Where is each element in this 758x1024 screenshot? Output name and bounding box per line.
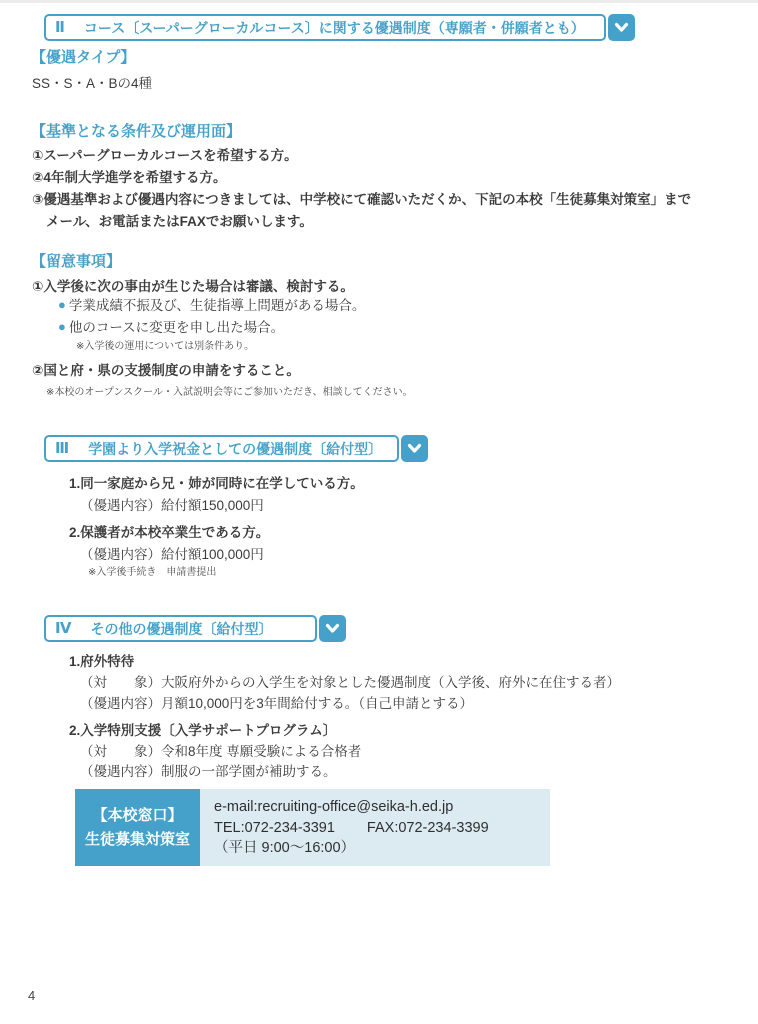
notes-heading: 【留意事項】 (31, 250, 121, 271)
gift-item-1: 1.同一家庭から兄・姉が同時に在学している方。 (69, 472, 364, 492)
bullet-item: ● 学業成績不振及び、生徒指導上問題がある場合。 (58, 293, 365, 315)
note-1-sub: ※入学後の運用については別条件あり。 (76, 337, 254, 352)
contact-email[interactable]: e-mail:recruiting-office@seika-h.ed.jp (214, 797, 550, 818)
contact-phone-row: TEL:072-234-3391FAX:072-234-3399 (214, 818, 550, 839)
gift-item-1-detail: （優遇内容）給付額150,000円 (80, 494, 264, 514)
chevron-down-icon (407, 443, 422, 454)
gift-item-2-note: ※入学後手続き 申請書提出 (88, 563, 216, 578)
section-ii-header[interactable]: Ⅱ コース〔スーパーグローカルコース〕に関する優遇制度（専願者・併願者とも） (44, 14, 635, 41)
bullet-text: 他のコースに変更を申し出た場合。 (69, 316, 284, 336)
section-iii-expand-button[interactable] (401, 435, 428, 462)
bullet-icon: ● (58, 319, 66, 334)
gift-item-2: 2.保護者が本校卒業生である方。 (69, 521, 269, 541)
bullet-icon: ● (58, 297, 66, 312)
bullet-item: ● 他のコースに変更を申し出た場合。 (58, 315, 365, 337)
contact-details: e-mail:recruiting-office@seika-h.ed.jp T… (200, 789, 550, 866)
contact-fax: FAX:072-234-3399 (367, 820, 489, 836)
document-page: Ⅱ コース〔スーパーグローカルコース〕に関する優遇制度（専願者・併願者とも） 【… (0, 0, 758, 1024)
other-item-1-detail: （優遇内容）月額10,000円を3年間給付する。（自己申請とする） (80, 692, 473, 712)
note-2: ②国と府・県の支援制度の申請をすること。 (32, 359, 300, 379)
criteria-item-2: ②4年制大学進学を希望する方。 (32, 166, 226, 186)
bullet-text: 学業成績不振及び、生徒指導上問題がある場合。 (69, 294, 365, 314)
contact-label: 【本校窓口】 生徒募集対策室 (75, 789, 200, 866)
section-iv-title-box: Ⅳ その他の優遇制度〔給付型〕 (44, 615, 317, 642)
note-2-sub: ※本校のオープンスクール・入試説明会等にご参加いただき、相談してください。 (46, 383, 413, 398)
section-iii-title-box: Ⅲ 学園より入学祝金としての優遇制度〔給付型〕 (44, 435, 399, 462)
criteria-item-3-cont: メール、お電話またはFAXでお願いします。 (46, 210, 313, 230)
section-iv-expand-button[interactable] (319, 615, 346, 642)
benefit-type-heading: 【優遇タイプ】 (31, 46, 135, 67)
other-item-2-target: （対 象）令和8年度 専願受験による合格者 (80, 740, 361, 760)
note-1: ①入学後に次の事由が生じた場合は審議、検討する。 (32, 275, 354, 295)
section-iv-numeral: Ⅳ (55, 621, 80, 636)
other-item-2: 2.入学特別支援〔入学サポートプログラム〕 (69, 719, 336, 739)
criteria-heading: 【基準となる条件及び運用面】 (31, 120, 241, 141)
section-ii-expand-button[interactable] (608, 14, 635, 41)
section-iii-header[interactable]: Ⅲ 学園より入学祝金としての優遇制度〔給付型〕 (44, 435, 428, 462)
note-1-bullets: ● 学業成績不振及び、生徒指導上問題がある場合。 ● 他のコースに変更を申し出た… (58, 293, 365, 337)
criteria-item-1: ①スーパーグローカルコースを希望する方。 (32, 144, 298, 164)
contact-tel: TEL:072-234-3391 (214, 820, 335, 836)
section-iv-header[interactable]: Ⅳ その他の優遇制度〔給付型〕 (44, 615, 346, 642)
contact-label-line2: 生徒募集対策室 (85, 828, 190, 851)
page-number: 4 (28, 988, 35, 1003)
section-iii-numeral: Ⅲ (55, 441, 78, 456)
other-item-1-target: （対 象）大阪府外からの入学生を対象とした優遇制度（入学後、府外に在住する者） (80, 671, 620, 691)
chevron-down-icon (325, 623, 340, 634)
gift-item-2-detail: （優遇内容）給付額100,000円 (80, 543, 264, 563)
criteria-item-3: ③優遇基準および優遇内容につきましては、中学校にて確認いただくか、下記の本校「生… (32, 188, 691, 208)
section-ii-title: コース〔スーパーグローカルコース〕に関する優遇制度（専願者・併願者とも） (84, 18, 585, 38)
contact-hours: （平日 9:00～16:00） (214, 838, 550, 859)
contact-label-line1: 【本校窓口】 (92, 804, 182, 827)
section-iv-title: その他の優遇制度〔給付型〕 (90, 619, 272, 639)
page-top-edge (0, 0, 758, 3)
other-item-1: 1.府外特待 (69, 650, 134, 670)
section-ii-numeral: Ⅱ (55, 20, 74, 35)
other-item-2-detail: （優遇内容）制服の一部学園が補助する。 (80, 760, 337, 780)
section-iii-title: 学園より入学祝金としての優遇制度〔給付型〕 (88, 439, 382, 459)
contact-box: 【本校窓口】 生徒募集対策室 e-mail:recruiting-office@… (75, 789, 550, 866)
chevron-down-icon (614, 22, 629, 33)
section-ii-title-box: Ⅱ コース〔スーパーグローカルコース〕に関する優遇制度（専願者・併願者とも） (44, 14, 606, 41)
benefit-type-body: SS・S・A・Bの4種 (32, 72, 152, 92)
